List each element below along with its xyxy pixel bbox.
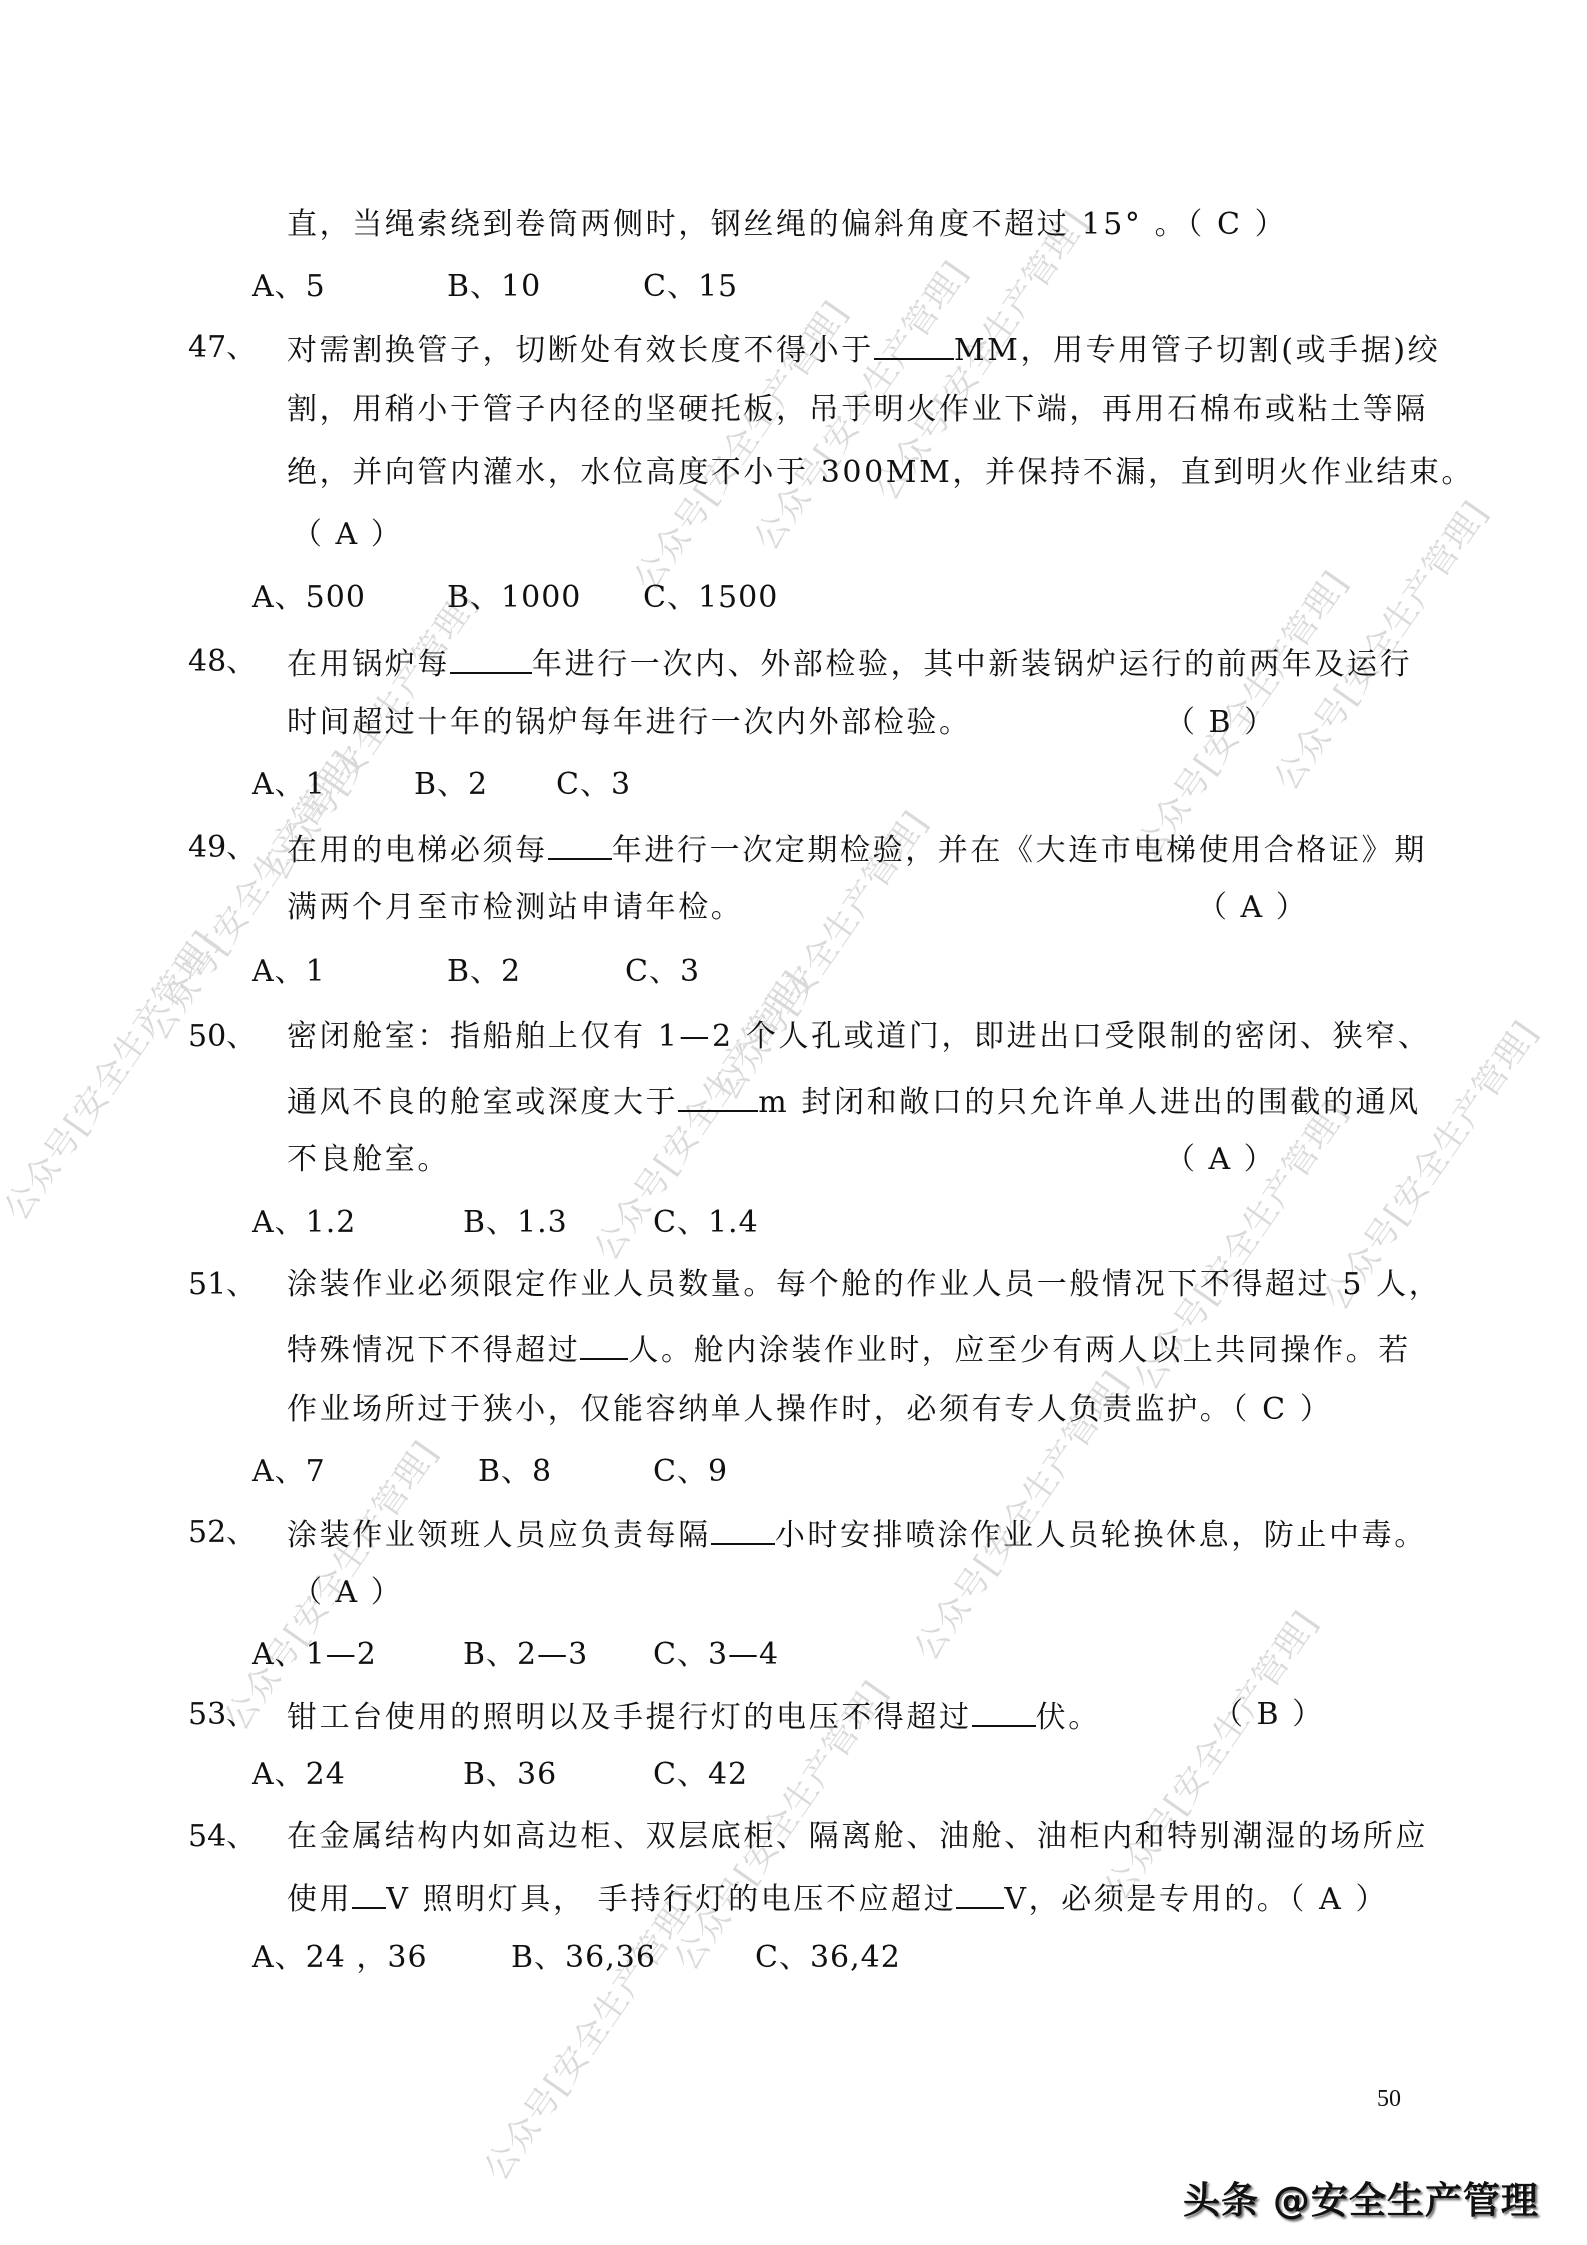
question-text-line: 作业场所过于狭小，仅能容纳单人操作时，必须有专人负责监护。（ C ） <box>287 1392 1332 1428</box>
fill-blank <box>711 1515 775 1545</box>
text-segment: MM，用专用管子切割(或手据)绞 <box>954 333 1440 368</box>
question-text-line: 在用的电梯必须每年进行一次定期检验，并在《大连市电梯使用合格证》期 <box>287 830 1427 866</box>
answer-label: （ B ） <box>1165 705 1276 741</box>
question-text-line: 涂装作业必须限定作业人员数量。每个舱的作业人员一般情况下不得超过 5 人， <box>287 1267 1441 1303</box>
question-text-line: 通风不良的舱室或深度大于m 封闭和敞口的只允许单人进出的围截的通风 <box>287 1082 1421 1118</box>
answer-label: （ A ） <box>292 1575 403 1611</box>
option-b: B、2 <box>447 954 521 990</box>
option-c: C、1.4 <box>653 1205 759 1241</box>
source-watermark: 头条 @安全生产管理 <box>1183 2170 1539 2224</box>
fill-blank <box>874 330 954 360</box>
text-segment: 在用锅炉每 <box>287 647 450 682</box>
option-c: C、9 <box>653 1454 728 1490</box>
option-a: A、1 <box>252 954 326 990</box>
option-b: B、1000 <box>447 580 581 616</box>
fill-blank <box>678 1082 758 1112</box>
question-text-line: 密闭舱室：指船舶上仅有 1—2 个人孔或道门，即进出口受限制的密闭、狭窄、 <box>287 1019 1430 1055</box>
text-segment: 使用 <box>287 1882 352 1917</box>
option-c: C、3—4 <box>653 1637 779 1673</box>
question-text-line: 涂装作业领班人员应负责每隔小时安排喷涂作业人员轮换休息，防止中毒。 <box>287 1515 1427 1551</box>
question-number: 52、 <box>188 1515 256 1551</box>
option-a: A、7 <box>252 1454 326 1490</box>
fill-blank <box>580 1330 628 1360</box>
text-segment: 人。舱内涂装作业时，应至少有两人以上共同操作。若 <box>628 1333 1410 1368</box>
option-c: C、3 <box>625 954 700 990</box>
question-number: 51、 <box>188 1267 256 1303</box>
text-segment: V，必须是专用的。（ A ） <box>1004 1882 1388 1917</box>
question-number: 47、 <box>188 330 256 366</box>
watermark-text: 公众号[安全生产管理] <box>1090 1599 1327 1909</box>
option-b: B、10 <box>447 269 541 305</box>
option-a: A、24 ，36 <box>252 1940 428 1976</box>
fill-blank <box>548 830 612 860</box>
fill-blank <box>352 1879 386 1909</box>
option-b: B、36 <box>463 1757 557 1793</box>
text-segment: 涂装作业领班人员应负责每隔 <box>287 1518 711 1553</box>
text-segment: 小时安排喷涂作业人员轮换休息，防止中毒。 <box>775 1518 1427 1553</box>
option-c: C、36,42 <box>755 1940 901 1976</box>
question-text-line: 割，用稍小于管子内径的坚硬托板，吊于明火作业下端，再用石棉布或粘土等隔 <box>287 392 1428 428</box>
question-text-line: 直，当绳索绕到卷筒两侧时，钢丝绳的偏斜角度不超过 15° 。（ C ） <box>287 207 1287 243</box>
option-a: A、5 <box>252 269 326 305</box>
answer-label: （ A ） <box>1165 1142 1276 1178</box>
question-text-line: 时间超过十年的锅炉每年进行一次内外部检验。 <box>287 705 972 741</box>
option-c: C、15 <box>643 269 738 305</box>
option-b: B、2—3 <box>463 1637 588 1673</box>
option-c: C、3 <box>556 767 631 803</box>
text-segment: 年进行一次定期检验，并在《大连市电梯使用合格证》期 <box>612 833 1427 868</box>
text-segment: 特殊情况下不得超过 <box>287 1333 580 1368</box>
question-number: 53、 <box>188 1697 256 1733</box>
option-a: A、24 <box>252 1757 346 1793</box>
question-text-line: 钳工台使用的照明以及手提行灯的电压不得超过伏。 <box>287 1697 1101 1733</box>
fill-blank <box>450 644 532 674</box>
option-b: B、2 <box>414 767 488 803</box>
fill-blank <box>972 1697 1036 1727</box>
answer-label: （ A ） <box>292 517 403 553</box>
text-segment: 伏。 <box>1036 1700 1101 1735</box>
question-number: 54、 <box>188 1819 256 1855</box>
option-b: B、36,36 <box>511 1940 656 1976</box>
text-segment: 通风不良的舱室或深度大于 <box>287 1085 678 1120</box>
fill-blank <box>956 1879 1004 1909</box>
question-number: 48、 <box>188 644 256 680</box>
option-a: A、500 <box>252 580 366 616</box>
question-text-line: 对需割换管子，切断处有效长度不得小于MM，用专用管子切割(或手据)绞 <box>287 330 1440 366</box>
question-text-line: 在金属结构内如高边柜、双层底柜、隔离舱、油舱、油柜内和特别潮湿的场所应 <box>287 1819 1428 1855</box>
answer-label: （ A ） <box>1197 890 1308 926</box>
option-a: A、1 <box>252 767 326 803</box>
question-text-line: 特殊情况下不得超过人。舱内涂装作业时，应至少有两人以上共同操作。若 <box>287 1330 1411 1366</box>
option-b: B、1.3 <box>463 1205 568 1241</box>
document-page: 公众号[安全生产管理] 公众号[安全生产管理] 公众号[安全生产管理] 公众号[… <box>0 0 1587 2245</box>
option-a: A、1—2 <box>252 1637 377 1673</box>
text-segment: 对需割换管子，切断处有效长度不得小于 <box>287 333 874 368</box>
text-segment: 钳工台使用的照明以及手提行灯的电压不得超过 <box>287 1700 972 1735</box>
option-c: C、42 <box>653 1757 748 1793</box>
page-number: 50 <box>1377 2086 1401 2113</box>
question-text-line: 绝，并向管内灌水，水位高度不小于 300MM，并保持不漏，直到明火作业结束。 <box>287 455 1474 491</box>
answer-label: （ B ） <box>1213 1697 1324 1733</box>
question-number: 49、 <box>188 830 256 866</box>
text-segment: V 照明灯具， 手持行灯的电压不应超过 <box>386 1882 956 1917</box>
option-a: A、1.2 <box>252 1205 356 1241</box>
question-text-line: 满两个月至市检测站申请年检。 <box>287 890 743 926</box>
watermark-text: 公众号[安全生产管理] <box>0 919 227 1229</box>
question-text-line: 不良舱室。 <box>287 1142 450 1178</box>
question-number: 50、 <box>188 1019 256 1055</box>
text-segment: 在用的电梯必须每 <box>287 833 548 868</box>
option-b: B、8 <box>478 1454 552 1490</box>
text-segment: m 封闭和敞口的只允许单人进出的围截的通风 <box>758 1085 1421 1120</box>
text-segment: 年进行一次内、外部检验，其中新装锅炉运行的前两年及运行 <box>532 647 1412 682</box>
option-c: C、1500 <box>643 580 778 616</box>
question-text-line: 使用V 照明灯具， 手持行灯的电压不应超过V，必须是专用的。（ A ） <box>287 1879 1388 1915</box>
watermark-text: 公众号[安全生产管理] <box>470 1879 707 2189</box>
question-text-line: 在用锅炉每年进行一次内、外部检验，其中新装锅炉运行的前两年及运行 <box>287 644 1412 680</box>
